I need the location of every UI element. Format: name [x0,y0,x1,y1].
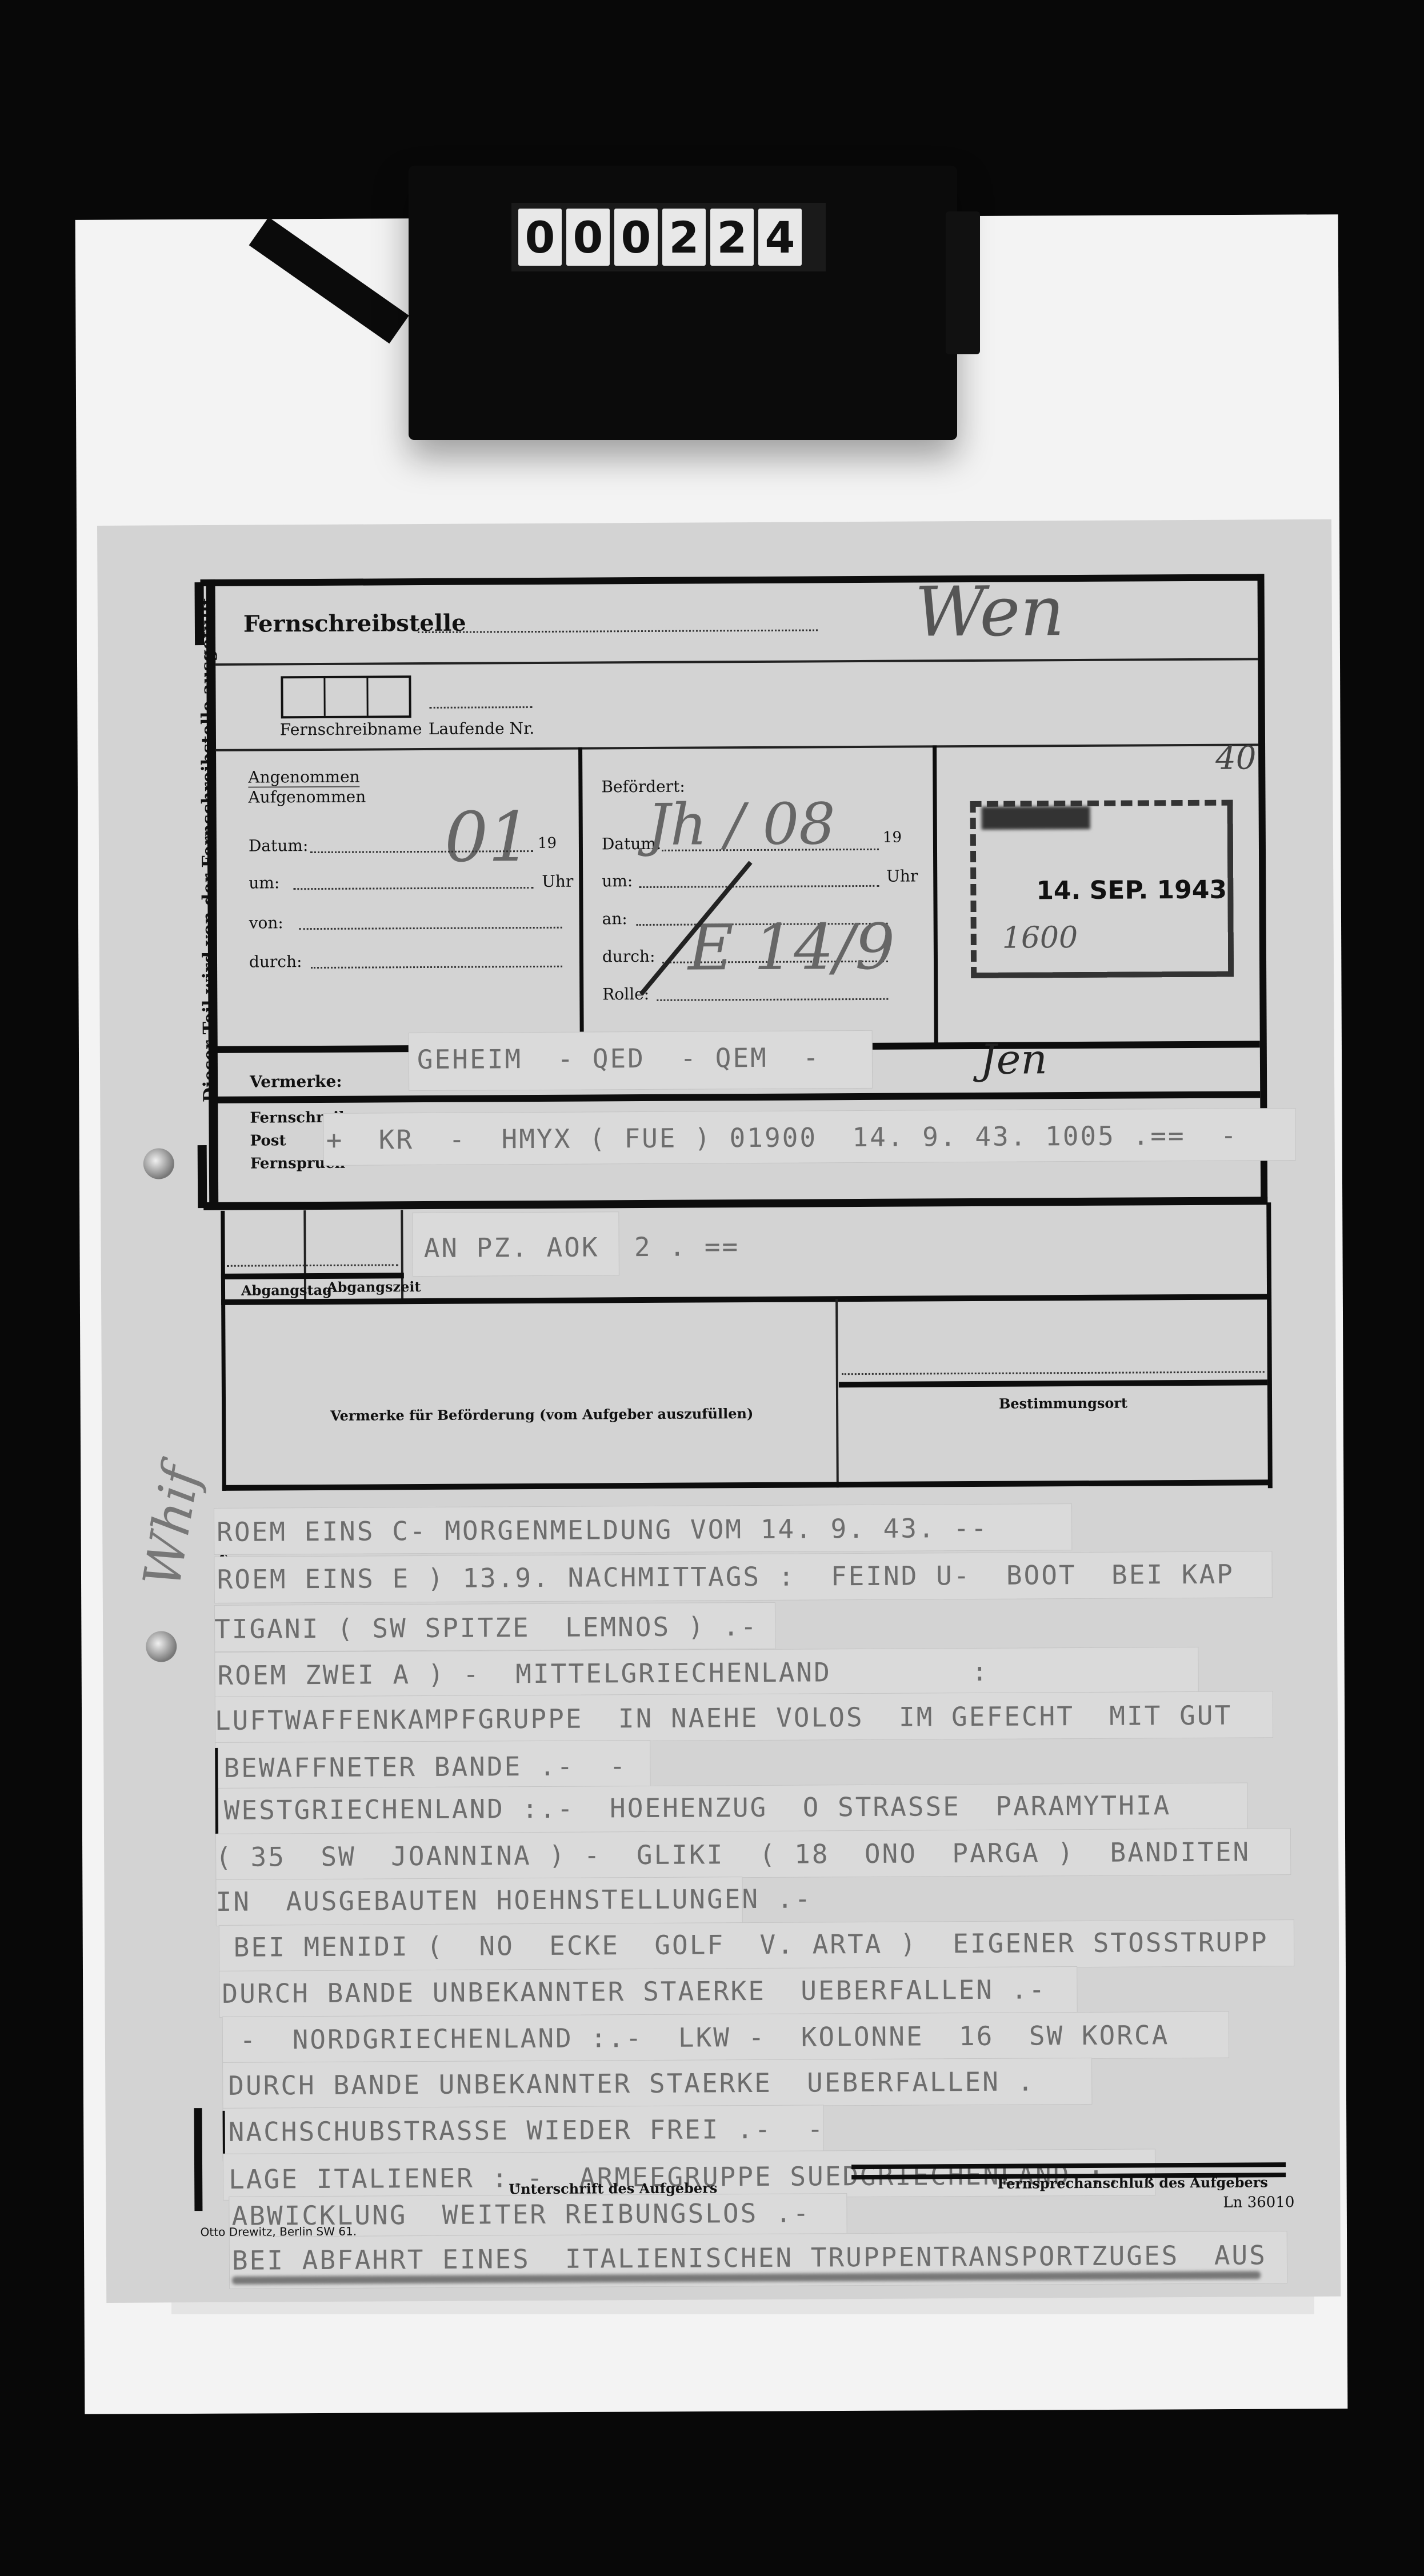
von-field [299,927,562,930]
frame-line [203,1197,1267,1210]
frame-line [839,1379,1267,1387]
counter-digit: 2 [662,209,706,266]
counter-digit: 0 [566,209,610,266]
stamp-smudge [982,806,1090,830]
message-line: TIGANI ( SW SPITZE LEMNOS ) .- [214,1611,758,1645]
handwritten-befoerdert-datum: Jh / 08 [647,790,835,858]
message-line: ROEM ZWEI A ) - MITTELGRIECHENLAND : [217,1656,989,1691]
message-line: ( 35 SW JOANNINA ) - GLIKI ( 18 ONO PARG… [215,1836,1250,1872]
counter-digit: 2 [710,209,754,266]
message-line: BEI ABFAHRT EINES ITALIENISCHEN TRUPPENT… [232,2239,1267,2275]
datum-label: Datum: [249,836,309,855]
transmission-typed: + KR - HMYX ( FUE ) 01900 14. 9. 43. 100… [326,1120,1238,1155]
stamp-date: 14. SEP. 1943 [1036,875,1227,906]
frame-line [933,745,938,1048]
laufende-nr-label: Laufende Nr. [429,719,535,738]
angenommen-label: Angenommen [248,767,360,788]
frame-line [217,1091,1260,1103]
aufgenommen-label: Aufgenommen [248,787,366,807]
um-field [293,887,533,890]
uhr-label: Uhr [886,866,918,885]
dotted-line [842,1371,1265,1375]
frame-line [222,1479,1271,1491]
vermerke-typed: GEHEIM - QED - QEM - [417,1042,821,1075]
dotted-line [227,1264,398,1267]
uhr-label: Uhr [542,872,573,891]
von-label: von: [249,913,283,932]
unterschrift-label: Unterschrift des Aufgebers [509,2179,717,2197]
message-line: LUFTWAFFENKAMPFGRUPPE IN NAEHE VOLOS IM … [215,1700,1233,1736]
frame-line [200,574,1263,586]
fernsprech-label: Fernsprechanschluß des Aufgebers [997,2174,1268,2191]
fernschreibname-label: Fernschreibname [280,719,422,739]
counter-digit: 0 [614,209,658,266]
frame-tick [198,1145,207,1208]
vermerke-label: Vermerke: [250,1072,342,1091]
frame-line [578,747,584,1050]
stamp-time: 1600 [1002,921,1078,955]
frame-counter-display: 0 0 0 2 2 4 [511,203,826,271]
punch-hole [143,1148,174,1179]
frame-line [1266,1202,1273,1488]
vermerke-befoerderung-label: Vermerke für Beförderung (vom Aufgeber a… [330,1405,753,1424]
counter-knob [946,211,980,354]
year-prefix: 19 [883,829,902,846]
abgangstag-label: Abgangstag [241,1282,332,1299]
year-prefix: 19 [538,835,557,852]
message-line: BEI MENIDI ( NO ECKE GOLF V. ARTA ) EIGE… [216,1926,1269,1963]
dotted-line [430,706,533,709]
fernschreibstelle-label: Fernschreibstelle [243,610,466,638]
frame-tick [195,582,205,645]
message-line: ROEM EINS C- MORGENMELDUNG VOM 14. 9. 43… [217,1513,989,1547]
durch-field [311,966,562,969]
counter-digit: 4 [758,209,802,266]
message-line: NACHSCHUBSTRASSE WIEDER FREI .- - [229,2113,825,2147]
handwritten-initials: Wen [914,572,1065,652]
telegram-form: Dieser Teil wird von der Fernschreibstel… [97,519,1341,2303]
fernschreibname-boxes [281,675,411,718]
durch-label: durch: [602,947,655,966]
message-line: WESTGRIECHENLAND :.- HOEHENZUG O STRASSE… [224,1790,1171,1826]
durch-label: durch: [249,952,302,971]
counter-digit: 0 [518,209,562,266]
frame-line [835,1299,839,1487]
um-field [639,885,879,888]
an-label: an: [602,909,627,928]
margin-bar [194,2108,203,2211]
message-line: DURCH BANDE UNBEKANNTER STAERKE UEBERFAL… [222,1974,1046,2009]
printer-imprint: Otto Drewitz, Berlin SW 61. [201,2225,357,2239]
message-line: BEWAFFNETER BANDE .- - [223,1750,627,1783]
um-label: um: [249,873,279,892]
handwritten-vermerke: Jen [980,1035,1047,1083]
frame-line [215,743,1258,751]
bestimmungsort-label: Bestimmungsort [999,1395,1127,1412]
handwritten-datum: 01 [445,798,532,878]
message-body: ROEM EINS C- MORGENMELDUNG VOM 14. 9. 43… [214,1491,1288,1497]
rolle-field [657,998,888,1001]
message-line: IN AUSGEBAUTEN HOEHNSTELLUNGEN .- [215,1883,812,1917]
dotted-line [418,629,818,633]
punch-hole [146,1631,177,1662]
corner-note: 40 [1215,739,1257,777]
form-number: Ln 36010 [1223,2194,1294,2211]
message-line: - NORDGRIECHENLAND :.- LKW - KOLONNE 16 … [222,2019,1170,2055]
message-line: ROEM EINS E ) 13.9. NACHMITTAGS : FEIND … [217,1559,1235,1595]
handwritten-margin-signature: Whif [132,1462,211,1591]
frame-line [221,1211,226,1491]
handwritten-mark: E 14/9 [688,910,895,985]
frame-line [221,1294,1270,1305]
frame-line [215,658,1258,666]
address-typed: AN PZ. AOK 2 . == [423,1231,739,1263]
message-line: DURCH BANDE UNBEKANNTER STAERKE UEBERFAL… [228,2066,1035,2101]
abgangszeit-label: Abgangszeit [327,1278,421,1295]
um-label: um: [602,871,633,890]
